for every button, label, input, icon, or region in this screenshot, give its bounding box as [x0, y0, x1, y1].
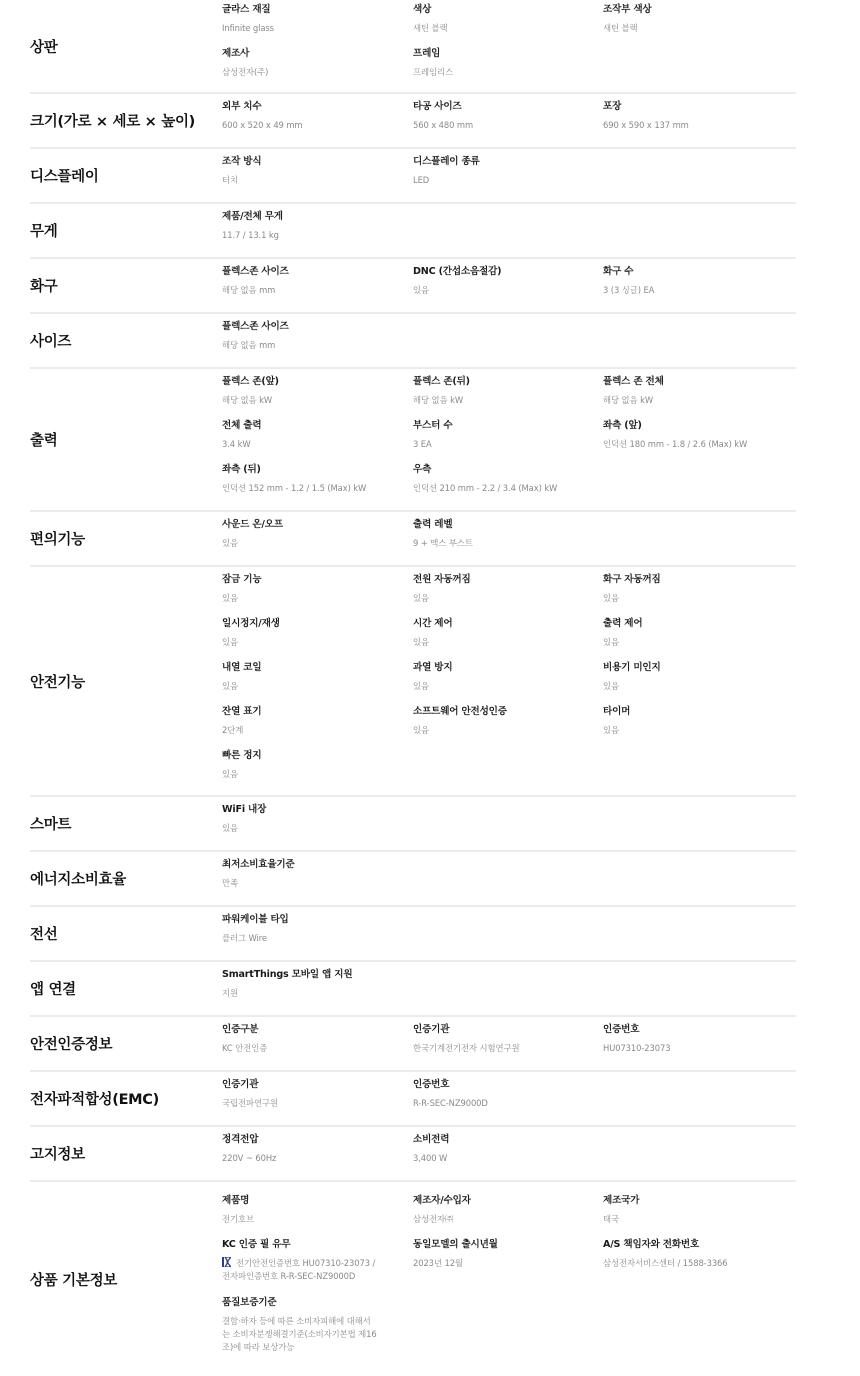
spec-item: 제조사삼성전자(주) — [222, 43, 413, 87]
kc-cert-value: 전기안전인증번호 HU07310-23073 / 전자파인증번호 R-R-SEC… — [222, 1257, 382, 1283]
spec-item: 제조자/수입자삼성전자㈜ — [413, 1190, 603, 1234]
section-title: 전자파적합성(EMC) — [30, 1072, 220, 1125]
spec-label: 전원 자동꺼짐 — [413, 573, 603, 587]
spec-label: 전체 출력 — [222, 419, 413, 433]
spec-label: 조작부 색상 — [603, 3, 793, 17]
spec-label: 인증기관 — [413, 1023, 603, 1037]
spec-section-size: 크기(가로 × 세로 × 높이) 외부 치수600 x 520 x 49 mm … — [30, 94, 796, 149]
spec-item: 사운드 온/오프있음 — [222, 514, 413, 558]
spec-item: 플렉스 존(뒤)해당 없음 kW — [413, 371, 603, 415]
spec-value: 삼성전자㈜ — [413, 1213, 603, 1226]
spec-item: 잔열 표기2단계 — [222, 701, 413, 745]
spec-item: 인증기관한국기계전기전자 시험연구원 — [413, 1019, 603, 1063]
spec-label: 포장 — [603, 100, 793, 114]
section-title: 안전인증정보 — [30, 1017, 220, 1070]
spec-item: 좌측 (앞)인덕션 180 mm - 1.8 / 2.6 (Max) kW — [603, 415, 793, 459]
spec-item: 화구 수3 (3 싱글) EA — [603, 261, 793, 305]
spec-value: 600 x 520 x 49 mm — [222, 119, 413, 132]
spec-value: 3 (3 싱글) EA — [603, 284, 793, 297]
spec-label: 빠른 정지 — [222, 749, 413, 763]
spec-value: 9 + 맥스 부스트 — [413, 537, 603, 550]
spec-item: 출력 제어있음 — [603, 613, 793, 657]
spec-value: 2단계 — [222, 724, 413, 737]
spec-item: 우측인덕션 210 mm - 2.2 / 3.4 (Max) kW — [413, 459, 603, 503]
spec-value: 있음 — [222, 680, 413, 693]
spec-label: 글라스 재질 — [222, 3, 413, 17]
spec-item: 조작 방식터치 — [222, 151, 413, 195]
spec-item: 타공 사이즈560 x 480 mm — [413, 96, 603, 140]
spec-value: 해당 없음 mm — [222, 339, 413, 352]
spec-label: 디스플레이 종류 — [413, 155, 603, 169]
spec-item: DNC (간섭소음절감)있음 — [413, 261, 603, 305]
section-title: 에너지소비효율 — [30, 852, 220, 905]
spec-section-basic-info: 상품 기본정보 제품명전기호브 제조자/수입자삼성전자㈜ 제조국가태국 KC 인… — [30, 1182, 796, 1376]
spec-value: 있음 — [222, 636, 413, 649]
spec-label: 정격전압 — [222, 1133, 413, 1147]
spec-section-emc: 전자파적합성(EMC) 인증기관국립전파연구원 인증번호R-R-SEC-NZ90… — [30, 1072, 796, 1127]
spec-label: 타공 사이즈 — [413, 100, 603, 114]
spec-value: 있음 — [603, 680, 793, 693]
section-title: 디스플레이 — [30, 149, 220, 202]
spec-item: 시간 제어있음 — [413, 613, 603, 657]
spec-label: 플렉스 존(뒤) — [413, 375, 603, 389]
spec-value: 있음 — [413, 636, 603, 649]
spec-value: 삼성전자(주) — [222, 66, 413, 79]
spec-item: 빠른 정지있음 — [222, 745, 413, 789]
spec-label: 파워케이블 타입 — [222, 913, 413, 927]
spec-value: 한국기계전기전자 시험연구원 — [413, 1042, 603, 1055]
section-title: 출력 — [30, 369, 220, 510]
spec-label: 제조자/수입자 — [413, 1194, 603, 1208]
spec-label: 인증번호 — [603, 1023, 793, 1037]
spec-value: 있음 — [222, 822, 413, 835]
section-title: 상판 — [30, 0, 220, 92]
section-title: 편의기능 — [30, 512, 220, 565]
spec-item: 부스터 수3 EA — [413, 415, 603, 459]
spec-label: 잔열 표기 — [222, 705, 413, 719]
spec-label: 소프트웨어 안전성인증 — [413, 705, 603, 719]
spec-label: 플렉스 존 전체 — [603, 375, 793, 389]
spec-section-weight: 무게 제품/전체 무게11.7 / 13.1 kg — [30, 204, 796, 259]
spec-label: 인증번호 — [413, 1078, 603, 1092]
spec-section-convenience: 편의기능 사운드 온/오프있음 출력 레벨9 + 맥스 부스트 — [30, 512, 796, 567]
spec-item: 출력 레벨9 + 맥스 부스트 — [413, 514, 603, 558]
spec-item: 정격전압220V ~ 60Hz — [222, 1129, 413, 1173]
spec-label: 비용기 미인지 — [603, 661, 793, 675]
spec-item: 내열 코일있음 — [222, 657, 413, 701]
spec-item: 제품명전기호브 — [222, 1190, 413, 1234]
spec-item: 인증번호R-R-SEC-NZ9000D — [413, 1074, 603, 1118]
spec-value: 만족 — [222, 877, 413, 890]
spec-section-smart: 스마트 WiFi 내장있음 — [30, 797, 796, 852]
spec-label: 인증기관 — [222, 1078, 413, 1092]
spec-label: 플렉스 존(앞) — [222, 375, 413, 389]
spec-label: 프레임 — [413, 47, 603, 61]
section-title: 스마트 — [30, 797, 220, 850]
spec-item: KC 인증 필 유무 전기안전인증번호 HU07310-23073 / 전자파인… — [222, 1234, 413, 1292]
spec-item: 프레임프레임리스 — [413, 43, 603, 87]
spec-value: 전기호브 — [222, 1213, 413, 1226]
spec-value: 해당 없음 kW — [413, 394, 603, 407]
spec-value: 새틴 블랙 — [413, 22, 603, 35]
spec-value: R-R-SEC-NZ9000D — [413, 1097, 603, 1110]
spec-item: 좌측 (뒤)인덕션 152 mm - 1.2 / 1.5 (Max) kW — [222, 459, 413, 503]
spec-value: 결함·하자 등에 따른 소비자피해에 대해서는 소비자분쟁해결기준(소비자기본법… — [222, 1315, 377, 1354]
spec-label: 출력 레벨 — [413, 518, 603, 532]
spec-item: 인증번호HU07310-23073 — [603, 1019, 793, 1063]
spec-value: 220V ~ 60Hz — [222, 1152, 413, 1165]
spec-value: 있음 — [222, 768, 413, 781]
spec-value: 3 EA — [413, 438, 603, 451]
spec-item: 품질보증기준 결함·하자 등에 따른 소비자피해에 대해서는 소비자분쟁해결기준… — [222, 1292, 413, 1360]
spec-label: SmartThings 모바일 앱 지원 — [222, 968, 413, 982]
section-title: 앱 연결 — [30, 962, 220, 1015]
spec-label: 품질보증기준 — [222, 1296, 413, 1310]
spec-value: 2023년 12월 — [413, 1257, 603, 1270]
spec-item: 일시정지/재생있음 — [222, 613, 413, 657]
spec-item: A/S 책임자와 전화번호삼성전자서비스센터 / 1588-3366 — [603, 1234, 793, 1292]
spec-item: 소비전력3,400 W — [413, 1129, 603, 1173]
spec-value: 해당 없음 kW — [603, 394, 793, 407]
spec-item: 인증기관국립전파연구원 — [222, 1074, 413, 1118]
spec-value: 플러그 Wire — [222, 932, 413, 945]
spec-item: 디스플레이 종류LED — [413, 151, 603, 195]
spec-value: 있음 — [222, 537, 413, 550]
spec-section-notice: 고지정보 정격전압220V ~ 60Hz 소비전력3,400 W — [30, 1127, 796, 1182]
spec-label: A/S 책임자와 전화번호 — [603, 1238, 793, 1252]
spec-value: 태국 — [603, 1213, 793, 1226]
spec-value: 인덕션 152 mm - 1.2 / 1.5 (Max) kW — [222, 482, 413, 495]
spec-label: 외부 치수 — [222, 100, 413, 114]
spec-value: Infinite glass — [222, 22, 413, 35]
section-title: 사이즈 — [30, 314, 220, 367]
spec-item: 조작부 색상새틴 블랙 — [603, 0, 793, 43]
spec-value: 690 x 590 x 137 mm — [603, 119, 793, 132]
spec-value: 있음 — [222, 592, 413, 605]
spec-label: 잠금 기능 — [222, 573, 413, 587]
spec-section-app: 앱 연결 SmartThings 모바일 앱 지원지원 — [30, 962, 796, 1017]
spec-label: 시간 제어 — [413, 617, 603, 631]
spec-label: 부스터 수 — [413, 419, 603, 433]
spec-value: 지원 — [222, 987, 413, 1000]
spec-label: WiFi 내장 — [222, 803, 413, 817]
section-title: 무게 — [30, 204, 220, 257]
product-spec-table: 상판 글라스 재질Infinite glass 색상새틴 블랙 조작부 색상새틴… — [0, 0, 860, 1376]
spec-item: 동일모델의 출시년월2023년 12월 — [413, 1234, 603, 1292]
spec-value: 프레임리스 — [413, 66, 603, 79]
spec-label: 인증구분 — [222, 1023, 413, 1037]
spec-label: 화구 수 — [603, 265, 793, 279]
spec-label: 플렉스존 사이즈 — [222, 265, 413, 279]
spec-section-energy: 에너지소비효율 최저소비효율기준만족 — [30, 852, 796, 907]
spec-label: 출력 제어 — [603, 617, 793, 631]
section-title: 전선 — [30, 907, 220, 960]
spec-label: 제품/전체 무게 — [222, 210, 413, 224]
spec-item: 과열 방지있음 — [413, 657, 603, 701]
spec-item: 플렉스 존 전체해당 없음 kW — [603, 371, 793, 415]
spec-item: 플렉스 존(앞)해당 없음 kW — [222, 371, 413, 415]
spec-value: 있음 — [603, 592, 793, 605]
spec-label: 사운드 온/오프 — [222, 518, 413, 532]
spec-item: 파워케이블 타입플러그 Wire — [222, 909, 413, 953]
spec-item: 소프트웨어 안전성인증있음 — [413, 701, 603, 745]
spec-item: 외부 치수600 x 520 x 49 mm — [222, 96, 413, 140]
section-title: 상품 기본정보 — [30, 1182, 220, 1376]
spec-item: 제조국가태국 — [603, 1190, 793, 1234]
spec-section-safety-cert: 안전인증정보 인증구분KC 안전인증 인증기관한국기계전기전자 시험연구원 인증… — [30, 1017, 796, 1072]
spec-value: 있음 — [603, 636, 793, 649]
spec-section-flexzone-size: 사이즈 플렉스존 사이즈해당 없음 mm — [30, 314, 796, 369]
spec-section-cable: 전선 파워케이블 타입플러그 Wire — [30, 907, 796, 962]
spec-value: KC 안전인증 — [222, 1042, 413, 1055]
spec-label: 소비전력 — [413, 1133, 603, 1147]
spec-item: 글라스 재질Infinite glass — [222, 0, 413, 43]
spec-label: 동일모델의 출시년월 — [413, 1238, 603, 1252]
spec-value: 3.4 kW — [222, 438, 413, 451]
spec-value: 있음 — [413, 592, 603, 605]
spec-item: 최저소비효율기준만족 — [222, 854, 413, 898]
spec-item: 플렉스존 사이즈해당 없음 mm — [222, 261, 413, 305]
section-title: 안전기능 — [30, 567, 220, 795]
spec-item: WiFi 내장있음 — [222, 799, 413, 843]
spec-value: LED — [413, 174, 603, 187]
spec-value: 있음 — [413, 724, 603, 737]
spec-label: 제품명 — [222, 1194, 413, 1208]
spec-value: 인덕션 180 mm - 1.8 / 2.6 (Max) kW — [603, 438, 793, 451]
spec-value: 있음 — [413, 680, 603, 693]
spec-label: 최저소비효율기준 — [222, 858, 413, 872]
spec-label: 플렉스존 사이즈 — [222, 320, 413, 334]
spec-section-top-plate: 상판 글라스 재질Infinite glass 색상새틴 블랙 조작부 색상새틴… — [30, 0, 796, 94]
spec-label: DNC (간섭소음절감) — [413, 265, 603, 279]
spec-label: 색상 — [413, 3, 603, 17]
kc-mark-icon — [222, 1257, 231, 1267]
section-title: 크기(가로 × 세로 × 높이) — [30, 94, 220, 147]
spec-section-safety: 안전기능 잠금 기능있음 전원 자동꺼짐있음 화구 자동꺼짐있음 일시정지/재생… — [30, 567, 796, 797]
spec-item: 전체 출력3.4 kW — [222, 415, 413, 459]
spec-section-display: 디스플레이 조작 방식터치 디스플레이 종류LED — [30, 149, 796, 204]
spec-value: 전기안전인증번호 HU07310-23073 / 전자파인증번호 R-R-SEC… — [222, 1258, 375, 1281]
spec-value: 3,400 W — [413, 1152, 603, 1165]
spec-item: 색상새틴 블랙 — [413, 0, 603, 43]
spec-label: 우측 — [413, 463, 603, 477]
spec-item: SmartThings 모바일 앱 지원지원 — [222, 964, 413, 1008]
spec-value: 터치 — [222, 174, 413, 187]
spec-value: 해당 없음 mm — [222, 284, 413, 297]
section-title: 고지정보 — [30, 1127, 220, 1180]
spec-item: 제품/전체 무게11.7 / 13.1 kg — [222, 206, 413, 250]
spec-item: 타이머있음 — [603, 701, 793, 745]
spec-label: 일시정지/재생 — [222, 617, 413, 631]
spec-value: 국립전파연구원 — [222, 1097, 413, 1110]
spec-value: 11.7 / 13.1 kg — [222, 229, 413, 242]
spec-item: 포장690 x 590 x 137 mm — [603, 96, 793, 140]
section-title: 화구 — [30, 259, 220, 312]
spec-value: HU07310-23073 — [603, 1042, 793, 1055]
spec-value: 560 x 480 mm — [413, 119, 603, 132]
spec-value: 새틴 블랙 — [603, 22, 793, 35]
spec-value: 인덕션 210 mm - 2.2 / 3.4 (Max) kW — [413, 482, 603, 495]
spec-item: 잠금 기능있음 — [222, 569, 413, 613]
spec-label: KC 인증 필 유무 — [222, 1238, 413, 1252]
spec-value: 있음 — [413, 284, 603, 297]
spec-label: 타이머 — [603, 705, 793, 719]
spec-section-output: 출력 플렉스 존(앞)해당 없음 kW 플렉스 존(뒤)해당 없음 kW 플렉스… — [30, 369, 796, 512]
spec-item: 화구 자동꺼짐있음 — [603, 569, 793, 613]
spec-label: 화구 자동꺼짐 — [603, 573, 793, 587]
spec-value: 해당 없음 kW — [222, 394, 413, 407]
spec-item: 인증구분KC 안전인증 — [222, 1019, 413, 1063]
spec-value: 있음 — [603, 724, 793, 737]
spec-label: 제조사 — [222, 47, 413, 61]
spec-label: 내열 코일 — [222, 661, 413, 675]
spec-label: 제조국가 — [603, 1194, 793, 1208]
spec-item: 전원 자동꺼짐있음 — [413, 569, 603, 613]
spec-label: 좌측 (뒤) — [222, 463, 413, 477]
spec-label: 조작 방식 — [222, 155, 413, 169]
spec-item: 플렉스존 사이즈해당 없음 mm — [222, 316, 413, 360]
spec-item: 비용기 미인지있음 — [603, 657, 793, 701]
spec-label: 좌측 (앞) — [603, 419, 793, 433]
spec-value: 삼성전자서비스센터 / 1588-3366 — [603, 1257, 793, 1270]
spec-section-burner: 화구 플렉스존 사이즈해당 없음 mm DNC (간섭소음절감)있음 화구 수3… — [30, 259, 796, 314]
spec-label: 과열 방지 — [413, 661, 603, 675]
